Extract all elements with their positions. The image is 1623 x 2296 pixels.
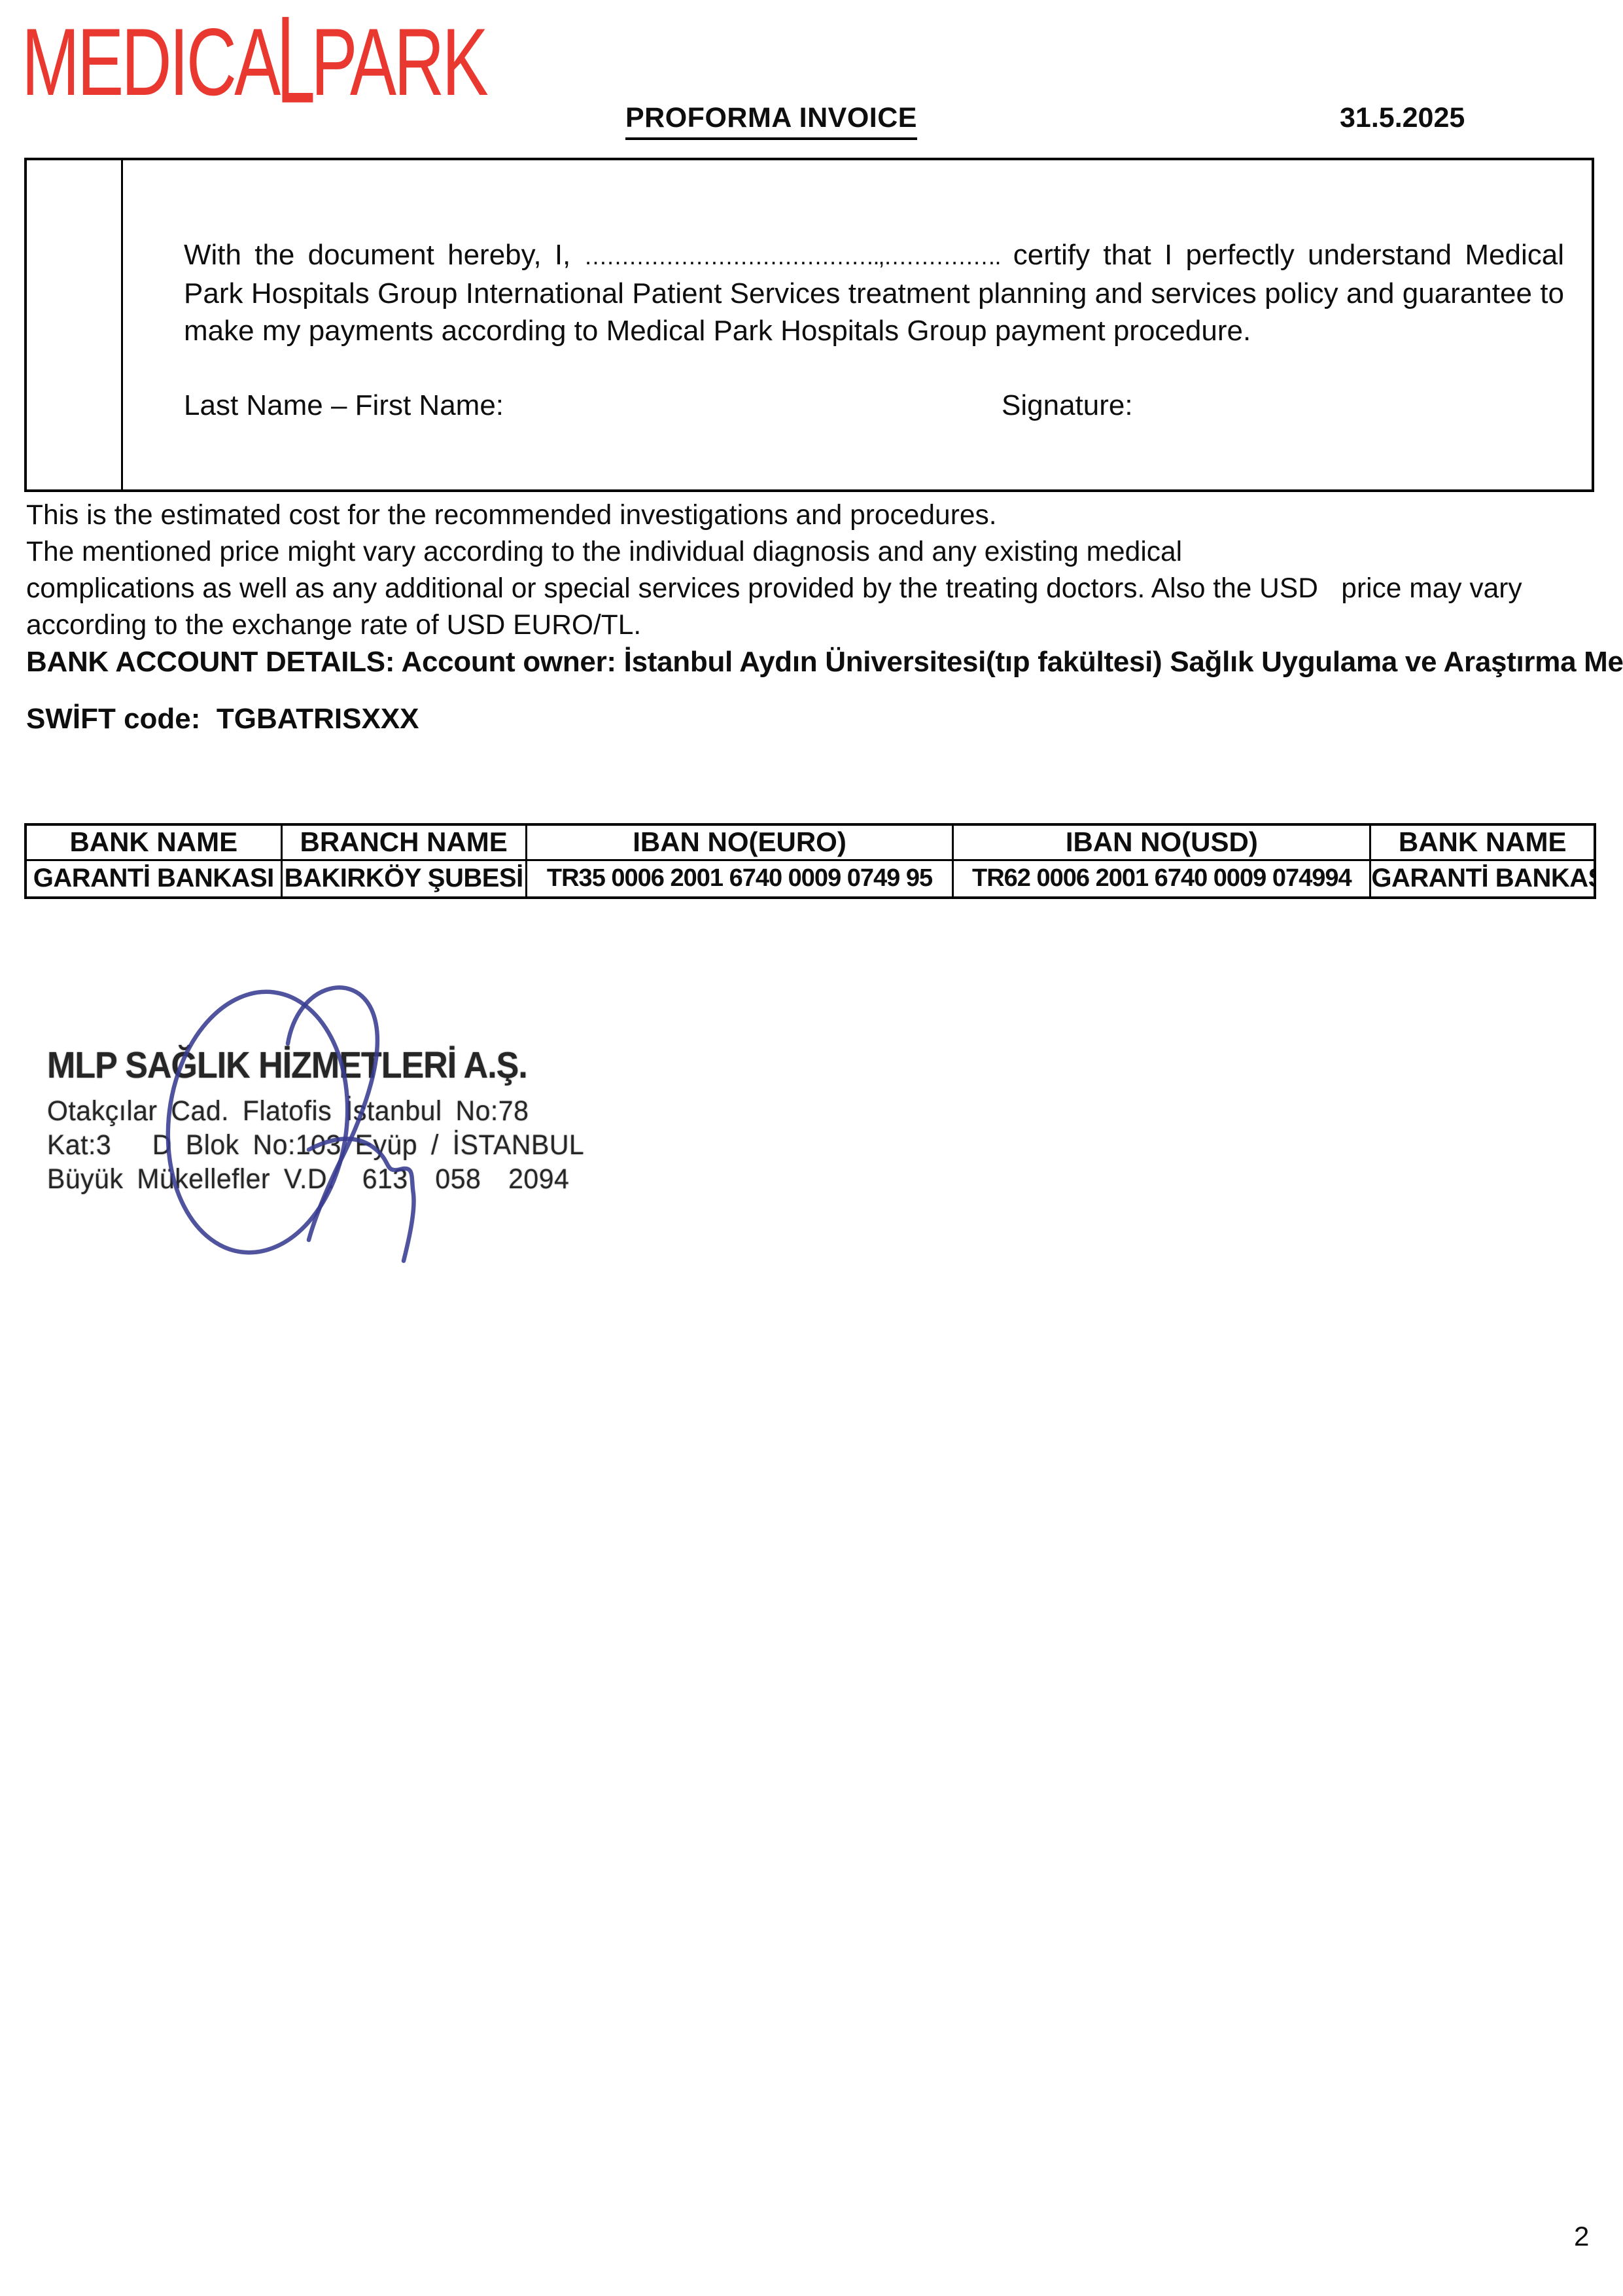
- logo-letter-l: L: [277, 0, 313, 122]
- td-bank-name-1: GARANTİ BANKASI: [26, 860, 281, 898]
- last-name-label: Last Name – First Name:: [184, 389, 504, 422]
- th-branch-name: BRANCH NAME: [281, 824, 526, 860]
- signature-label: Signature:: [1002, 389, 1133, 422]
- th-bank-name-2: BANK NAME: [1370, 824, 1595, 860]
- consent-intro: With the document hereby, I,: [184, 239, 584, 271]
- bank-table-data-row: GARANTİ BANKASI BAKIRKÖY ŞUBESİ TR35 000…: [26, 860, 1595, 898]
- bank-account-details-line: BANK ACCOUNT DETAILS: Account owner: İst…: [26, 644, 1623, 680]
- bank-table: BANK NAME BRANCH NAME IBAN NO(EURO) IBAN…: [24, 823, 1596, 899]
- consent-box: With the document hereby, I, ………………………………: [24, 158, 1594, 492]
- consent-paragraph: With the document hereby, I, ………………………………: [184, 236, 1564, 349]
- swift-code-line: SWİFT code: TGBATRISXXX: [26, 703, 1623, 735]
- consent-box-divider: [121, 160, 123, 489]
- logo-text-medica: MEDICA: [22, 14, 279, 110]
- document-date: 31.5.2025: [1340, 102, 1465, 134]
- proforma-invoice-page-2: MEDICALPARK PROFORMA INVOICE 31.5.2025 W…: [0, 0, 1623, 2296]
- page-number: 2: [1574, 2221, 1589, 2252]
- td-iban-usd: TR62 0006 2001 6740 0009 074994: [953, 860, 1370, 898]
- signature-ink: [79, 965, 536, 1273]
- consent-dotted-blank: ………………………………….,…………….: [584, 243, 1000, 270]
- th-iban-usd: IBAN NO(USD): [953, 824, 1370, 860]
- logo-text-park: PARK: [311, 14, 486, 110]
- medicalpark-logo: MEDICALPARK: [22, 14, 486, 110]
- note-line: This is the estimated cost for the recom…: [26, 497, 1623, 534]
- note-line: according to the exchange rate of USD EU…: [26, 607, 1623, 644]
- th-bank-name-1: BANK NAME: [26, 824, 281, 860]
- bank-table-header-row: BANK NAME BRANCH NAME IBAN NO(EURO) IBAN…: [26, 824, 1595, 860]
- notes-section: This is the estimated cost for the recom…: [26, 497, 1623, 735]
- th-iban-euro: IBAN NO(EURO): [526, 824, 953, 860]
- note-line: complications as well as any additional …: [26, 571, 1623, 607]
- td-iban-euro: TR35 0006 2001 6740 0009 0749 95: [526, 860, 953, 898]
- td-branch-name: BAKIRKÖY ŞUBESİ: [281, 860, 526, 898]
- td-bank-name-2: GARANTİ BANKASI: [1370, 860, 1595, 898]
- document-title: PROFORMA INVOICE: [625, 102, 917, 140]
- note-line: The mentioned price might vary according…: [26, 534, 1623, 571]
